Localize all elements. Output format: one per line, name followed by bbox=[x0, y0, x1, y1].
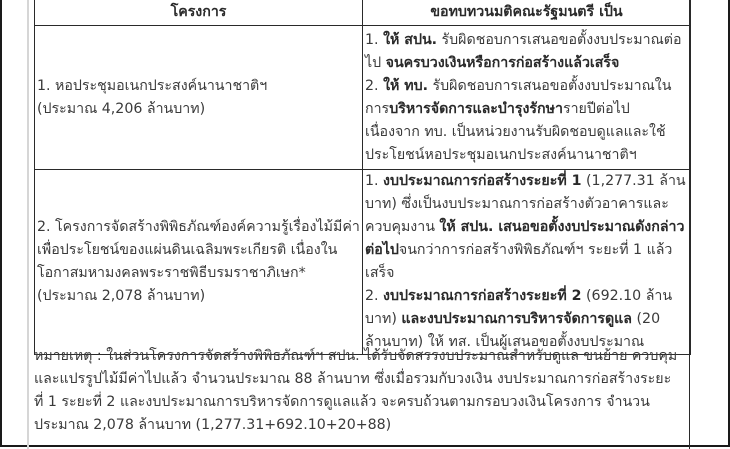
item-tail: จนกว่าการก่อสร้างพิพิธภัณฑ์ฯ ระยะที่ 1 แ… bbox=[365, 242, 672, 281]
table-row: 2. โครงการจัดสร้างพิพิธภัณฑ์องค์ความรู้เ… bbox=[35, 170, 691, 355]
footnote: หมายเหตุ : ในส่วนโครงการจัดสร้างพิพิธภัณ… bbox=[34, 345, 694, 437]
footnote-line: ประมาณ 2,078 ล้านบาท (1,277.31+692.10+20… bbox=[34, 414, 694, 437]
resolution-table: โครงการ ขอทบทวนมติคณะรัฐมนตรี เป็น 1. หอ… bbox=[34, 0, 691, 355]
footnote-line: และแปรรูปไม้มีค่าไปแล้ว จำนวนประมาณ 88 ล… bbox=[34, 368, 694, 391]
project-name: 1. หอประชุมอเนกประสงค์นานาชาติฯ bbox=[37, 75, 360, 98]
resolution-item: 1. งบประมาณการก่อสร้างระยะที่ 1 (1,277.3… bbox=[365, 170, 688, 285]
table-row: 1. หอประชุมอเนกประสงค์นานาชาติฯ (ประมาณ … bbox=[35, 26, 691, 170]
resolution-cell: 1. งบประมาณการก่อสร้างระยะที่ 1 (1,277.3… bbox=[363, 170, 691, 355]
item-number: 1. bbox=[365, 32, 379, 48]
item-emphasis: บริหารจัดการและบำรุงรักษา bbox=[389, 101, 563, 117]
item-title-2: และงบประมาณการบริหารจัดการดูแล bbox=[401, 311, 632, 327]
header-resolution: ขอทบทวนมติคณะรัฐมนตรี เป็น bbox=[363, 0, 691, 26]
resolution-item: 2. งบประมาณการก่อสร้างระยะที่ 2 (692.10 … bbox=[365, 285, 688, 354]
project-cell: 2. โครงการจัดสร้างพิพิธภัณฑ์องค์ความรู้เ… bbox=[35, 170, 363, 355]
footnote-line: หมายเหตุ : ในส่วนโครงการจัดสร้างพิพิธภัณ… bbox=[34, 345, 694, 368]
header-project: โครงการ bbox=[35, 0, 363, 26]
item-number: 2. bbox=[365, 288, 383, 304]
project-name: 2. โครงการจัดสร้างพิพิธภัณฑ์องค์ความรู้เ… bbox=[37, 216, 360, 285]
project-cell: 1. หอประชุมอเนกประสงค์นานาชาติฯ (ประมาณ … bbox=[35, 26, 363, 170]
item-number: 1. bbox=[365, 173, 383, 189]
agency-label: ให้ ทบ. bbox=[383, 78, 428, 94]
item-emphasis: จนครบวงเงินหรือการก่อสร้างแล้วเสร็จ bbox=[386, 55, 620, 71]
project-budget: (ประมาณ 2,078 ล้านบาท) bbox=[37, 285, 360, 308]
item-number: 2. bbox=[365, 78, 379, 94]
table-header-row: โครงการ ขอทบทวนมติคณะรัฐมนตรี เป็น bbox=[35, 0, 691, 26]
item-title: งบประมาณการก่อสร้างระยะที่ 1 bbox=[383, 173, 581, 189]
footnote-line: ที่ 1 ระยะที่ 2 และงบประมาณการบริหารจัดก… bbox=[34, 391, 694, 414]
project-budget: (ประมาณ 4,206 ล้านบาท) bbox=[37, 98, 360, 121]
agency-label: ให้ สปน. bbox=[383, 32, 437, 48]
resolution-item: 1. ให้ สปน. รับผิดชอบการเสนอขอตั้งงบประม… bbox=[365, 29, 688, 75]
item-title: งบประมาณการก่อสร้างระยะที่ 2 bbox=[383, 288, 581, 304]
resolution-cell: 1. ให้ สปน. รับผิดชอบการเสนอขอตั้งงบประม… bbox=[363, 26, 691, 170]
resolution-item: 2. ให้ ทบ. รับผิดชอบการเสนอขอตั้งงบประมา… bbox=[365, 75, 688, 167]
gutter-divider bbox=[27, 0, 29, 449]
